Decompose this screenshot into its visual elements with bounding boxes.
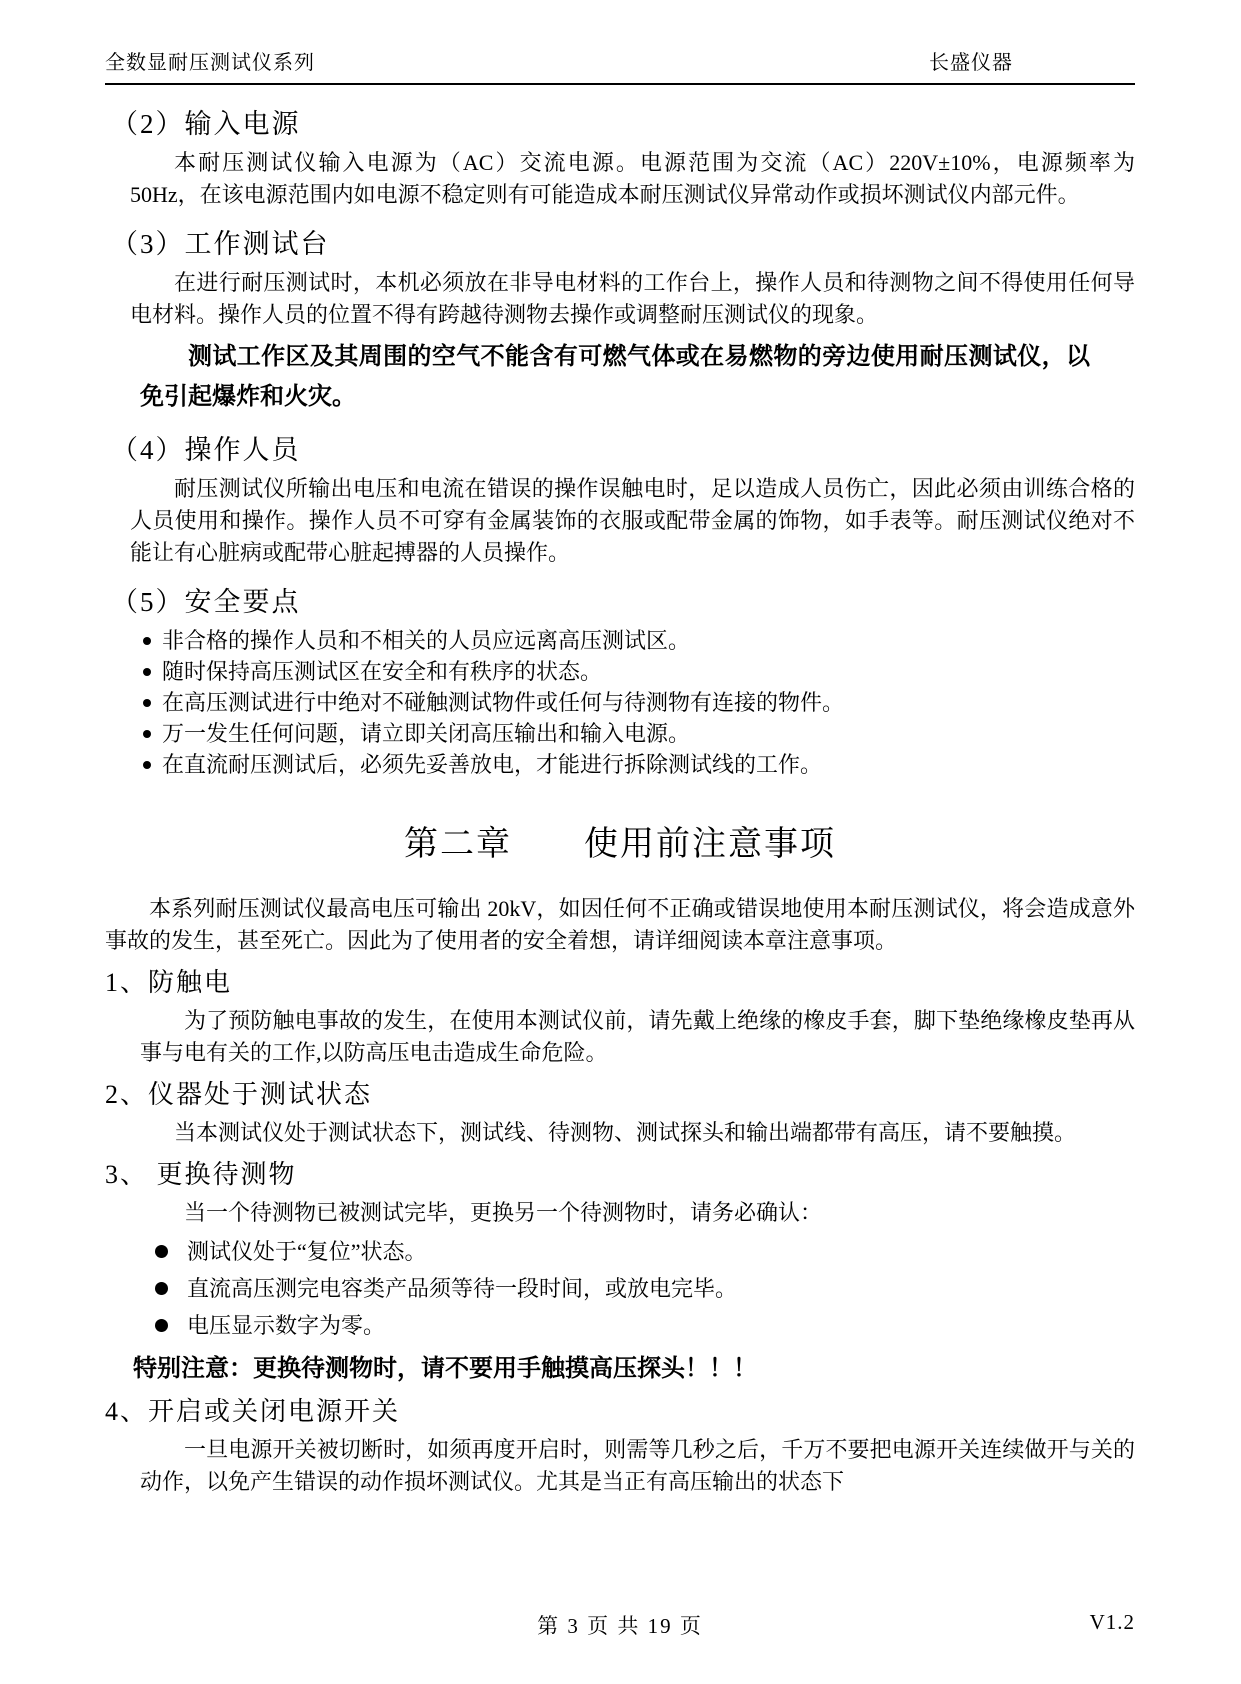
section-2-input-power-heading: （2）输入电源 <box>111 105 1135 143</box>
item-3-replace-dut-heading: 3、 更换待测物 <box>105 1157 1135 1193</box>
flammable-gas-warning-text: 测试工作区及其周围的空气不能含有可燃气体或在易燃物的旁边使用耐压测试仪，以免引起… <box>140 337 1090 417</box>
bullet-circle-icon <box>155 1319 168 1332</box>
test-state-paragraph: 当本测试仪处于测试状态下，测试线、待测物、测试探头和输出端都带有高压，请不要触摸… <box>130 1117 1135 1149</box>
page-number: 第 3 页 共 19 页 <box>105 1610 1135 1640</box>
checklist-item-text: 直流高压测完电容类产品须等待一段时间，或放电完毕。 <box>187 1270 737 1307</box>
safety-points-list: 非合格的操作人员和不相关的人员应远离高压测试区。 随时保持高压测试区在安全和有秩… <box>143 625 1135 780</box>
bullet-dot-icon <box>143 761 151 769</box>
checklist-item-text: 测试仪处于“复位”状态。 <box>187 1233 427 1270</box>
item-1-anti-shock-heading: 1、防触电 <box>105 965 1135 1001</box>
chapter-2-title: 第二章 使用前注意事项 <box>105 816 1135 865</box>
item-4-power-switch-heading: 4、开启或关闭电源开关 <box>105 1394 1135 1430</box>
work-bench-paragraph: 在进行耐压测试时，本机必须放在非导电材料的工作台上，操作人员和待测物之间不得使用… <box>130 267 1135 331</box>
page-header: 全数显耐压测试仪系列 长盛仪器 <box>105 46 1135 85</box>
bullet-dot-icon <box>143 730 151 738</box>
safety-point-text: 在直流耐压测试后，必须先妥善放电，才能进行拆除测试线的工作。 <box>162 749 822 780</box>
item-2-test-state-heading: 2、仪器处于测试状态 <box>105 1077 1135 1113</box>
checklist-item: 直流高压测完电容类产品须等待一段时间，或放电完毕。 <box>155 1270 1135 1307</box>
safety-point-text: 非合格的操作人员和不相关的人员应远离高压测试区。 <box>162 625 690 656</box>
safety-point-item: 在高压测试进行中绝对不碰触测试物件或任何与待测物有连接的物件。 <box>143 687 1135 718</box>
chapter-2-intro-paragraph: 本系列耐压测试仪最高电压可输出 20kV，如因任何不正确或错误地使用本耐压测试仪… <box>105 893 1135 957</box>
header-series-title: 全数显耐压测试仪系列 <box>105 46 315 75</box>
header-brand: 长盛仪器 <box>929 46 1013 75</box>
bullet-circle-icon <box>155 1282 168 1295</box>
safety-point-item: 万一发生任何问题，请立即关闭高压输出和输入电源。 <box>143 718 1135 749</box>
bullet-dot-icon <box>143 637 151 645</box>
replace-dut-paragraph: 当一个待测物已被测试完毕，更换另一个待测物时，请务必确认： <box>140 1197 1135 1229</box>
section-5-safety-points-heading: （5）安全要点 <box>111 583 1135 621</box>
safety-point-text: 在高压测试进行中绝对不碰触测试物件或任何与待测物有连接的物件。 <box>162 687 844 718</box>
section-3-work-bench-heading: （3）工作测试台 <box>111 225 1135 263</box>
power-switch-paragraph: 一旦电源开关被切断时，如须再度开启时，则需等几秒之后，千万不要把电源开关连续做开… <box>140 1434 1135 1498</box>
safety-point-text: 万一发生任何问题，请立即关闭高压输出和输入电源。 <box>162 718 690 749</box>
safety-point-item: 随时保持高压测试区在安全和有秩序的状态。 <box>143 656 1135 687</box>
replace-dut-checklist: 测试仪处于“复位”状态。 直流高压测完电容类产品须等待一段时间，或放电完毕。 电… <box>155 1233 1135 1344</box>
document-page: 全数显耐压测试仪系列 长盛仪器 （2）输入电源 本耐压测试仪输入电源为（AC）交… <box>0 0 1241 1684</box>
bullet-dot-icon <box>143 699 151 707</box>
section-4-operators-heading: （4）操作人员 <box>111 431 1135 469</box>
safety-point-text: 随时保持高压测试区在安全和有秩序的状态。 <box>162 656 602 687</box>
checklist-item: 电压显示数字为零。 <box>155 1307 1135 1344</box>
anti-shock-paragraph: 为了预防触电事故的发生，在使用本测试仪前，请先戴上绝缘的橡皮手套，脚下垫绝缘橡皮… <box>140 1005 1135 1069</box>
input-power-paragraph: 本耐压测试仪输入电源为（AC）交流电源。电源范围为交流（AC）220V±10%，… <box>130 147 1135 211</box>
bullet-dot-icon <box>143 668 151 676</box>
safety-point-item: 在直流耐压测试后，必须先妥善放电，才能进行拆除测试线的工作。 <box>143 749 1135 780</box>
special-note-text: 特别注意：更换待测物时，请不要用手触摸高压探头！！！ <box>133 1352 1135 1386</box>
bullet-circle-icon <box>155 1245 168 1258</box>
safety-point-item: 非合格的操作人员和不相关的人员应远离高压测试区。 <box>143 625 1135 656</box>
checklist-item: 测试仪处于“复位”状态。 <box>155 1233 1135 1270</box>
document-body: （2）输入电源 本耐压测试仪输入电源为（AC）交流电源。电源范围为交流（AC）2… <box>105 105 1135 1498</box>
operators-paragraph: 耐压测试仪所输出电压和电流在错误的操作误触电时，足以造成人员伤亡，因此必须由训练… <box>130 473 1135 569</box>
checklist-item-text: 电压显示数字为零。 <box>187 1307 385 1344</box>
version-label: V1.2 <box>1090 1610 1135 1635</box>
